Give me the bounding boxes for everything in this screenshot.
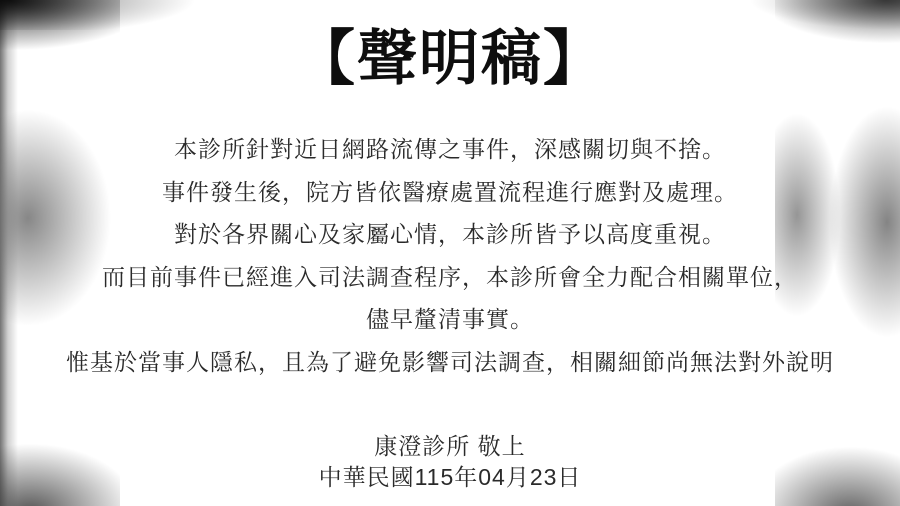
- statement-line: 事件發生後，院方皆依醫療處置流程進行應對及處理。: [0, 171, 900, 214]
- statement-line: 儘早釐清事實。: [0, 298, 900, 341]
- statement-line: 惟基於當事人隱私，且為了避免影響司法調查，相關細節尚無法對外說明: [0, 341, 900, 384]
- statement-line: 對於各界關心及家屬心情，本診所皆予以高度重視。: [0, 213, 900, 256]
- statement-signature-block: 康澄診所 敬上 中華民國115年04月23日: [0, 431, 900, 493]
- statement-document: 【聲明稿】 本診所針對近日網路流傳之事件，深感關切與不捨。 事件發生後，院方皆依…: [0, 0, 900, 506]
- statement-image: 【聲明稿】 本診所針對近日網路流傳之事件，深感關切與不捨。 事件發生後，院方皆依…: [0, 0, 900, 506]
- statement-body: 本診所針對近日網路流傳之事件，深感關切與不捨。 事件發生後，院方皆依醫療處置流程…: [0, 128, 900, 383]
- statement-line: 而目前事件已經進入司法調查程序，本診所會全力配合相關單位，: [0, 256, 900, 299]
- statement-line: 本診所針對近日網路流傳之事件，深感關切與不捨。: [0, 128, 900, 171]
- statement-date: 中華民國115年04月23日: [0, 462, 900, 493]
- statement-title: 【聲明稿】: [0, 16, 900, 102]
- signature: 康澄診所 敬上: [0, 431, 900, 462]
